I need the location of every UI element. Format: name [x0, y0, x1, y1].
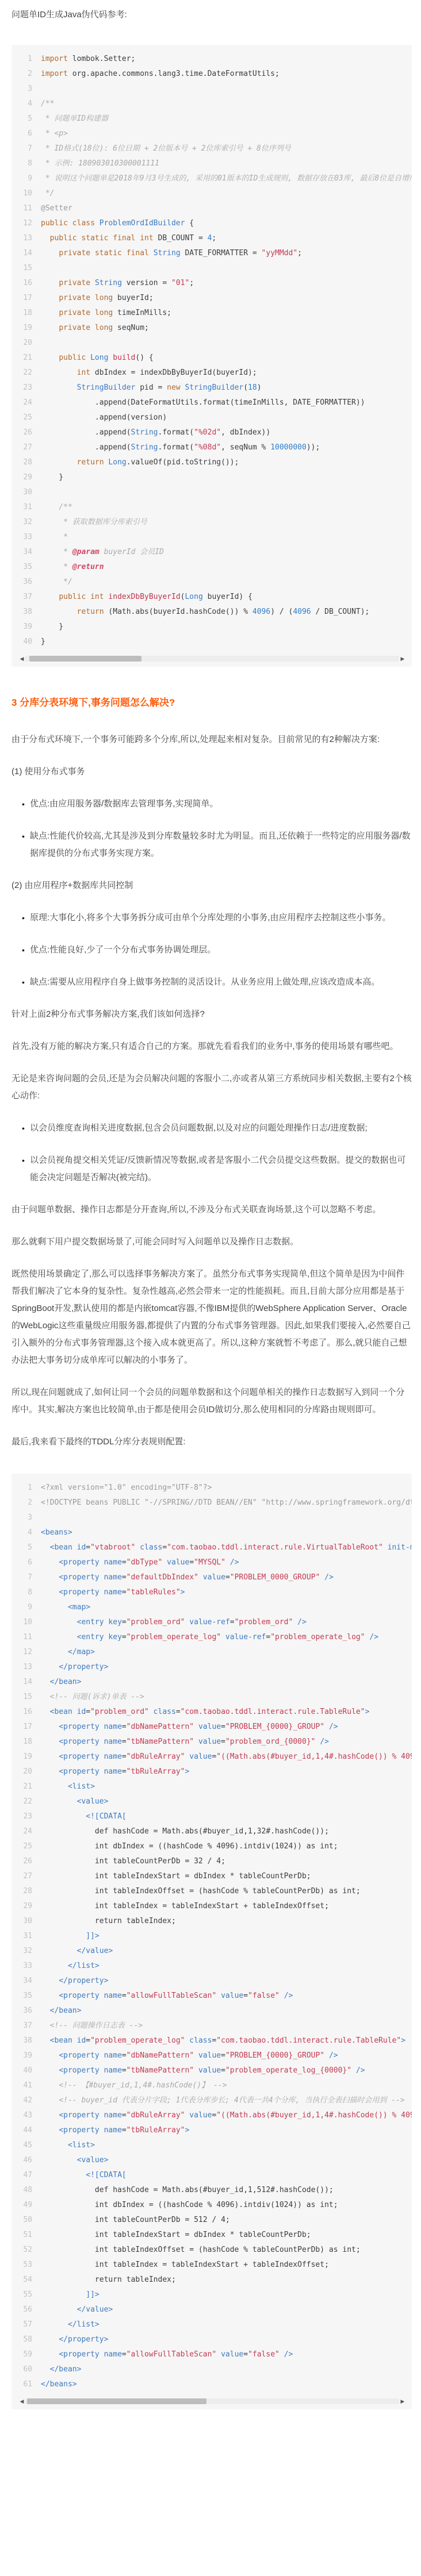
- line-content: <property name="allowFullTableScan" valu…: [41, 2350, 293, 2359]
- line-number: 54: [12, 2273, 41, 2287]
- code-line: 43 <property name="dbRuleArray" value="(…: [12, 2108, 412, 2123]
- line-number: 37: [12, 2018, 41, 2033]
- line-content: <property name="tbNamePattern" value="pr…: [41, 1737, 329, 1746]
- code-line: 7 <property name="defaultDbIndex" value=…: [12, 1570, 412, 1585]
- line-content: </value>: [41, 1947, 113, 1955]
- line-content: <!-- 问题(诉求)单表 -->: [41, 1693, 144, 1701]
- line-number: 56: [12, 2302, 41, 2317]
- line-content: StringBuilder pid = new StringBuilder(18…: [41, 383, 262, 392]
- line-content: <![CDATA[: [41, 2171, 127, 2179]
- code-line: 34 * @param buyerId 会员ID: [12, 545, 412, 560]
- bullet-item: •以会员视角提交相关凭证/反馈新情况等数据,或者是客服小二代会员提交这些数据。提…: [12, 1152, 412, 1186]
- bullet-item: •缺点:性能代价较高,尤其是涉及到分库数量较多时尤为明显。而且,还依赖于一些特定…: [12, 828, 412, 862]
- code-line: 26 .append(String.format("%02d", dbIndex…: [12, 425, 412, 440]
- line-content: </bean>: [41, 2365, 81, 2374]
- code-line: 16 <bean id="problem_ord" class="com.tao…: [12, 1705, 412, 1720]
- xml-code-block: 1<?xml version="1.0" encoding="UTF-8"?>2…: [12, 1474, 412, 2409]
- line-content: *: [41, 533, 68, 541]
- bullet-dot-icon: •: [22, 941, 30, 959]
- bullet-dot-icon: •: [22, 909, 30, 926]
- bullet-item: •缺点:需要从应用程序自身上做事务控制的灵活设计。从业务应用上做处理,应该改造成…: [12, 974, 412, 991]
- code-line: 14 private static final String DATE_FORM…: [12, 246, 412, 261]
- code-line: 57 </list>: [12, 2317, 412, 2332]
- code-line: 39 }: [12, 620, 412, 635]
- bullet-dot-icon: •: [22, 1152, 30, 1186]
- paragraph: 最后,我来看下最终的TDDL分库分表规则配置:: [12, 1433, 412, 1451]
- line-number: 30: [12, 1914, 41, 1929]
- line-number: 48: [12, 2183, 41, 2198]
- line-content: * 获取数据库分库索引号: [41, 518, 147, 526]
- line-number: 8: [12, 1585, 41, 1600]
- line-number: 14: [12, 246, 41, 261]
- code-line: 19 private long seqNum;: [12, 321, 412, 336]
- java-h-scrollbar[interactable]: ◀ ▶: [18, 655, 406, 662]
- code-line: 42 <!-- buyer_id 代表分片字段; 1代表分库步长; 4代表一共4…: [12, 2093, 412, 2108]
- bullet-text: 优点:由应用服务器/数据库去管理事务,实现简单。: [30, 795, 219, 813]
- bullet-text: 优点:性能良好,少了一个分布式事务协调处理层。: [30, 941, 216, 959]
- code-line: 9 <map>: [12, 1600, 412, 1615]
- intro-text: 问题单ID生成Java伪代码参考:: [12, 8, 412, 22]
- line-number: 34: [12, 545, 41, 560]
- line-content: </beans>: [41, 2380, 77, 2389]
- bullet-text: 缺点:需要从应用程序自身上做事务控制的灵活设计。从业务应用上做处理,应该改造成本…: [30, 974, 380, 991]
- line-content: <!-- buyer_id 代表分片字段; 1代表分库步长; 4代表一共4个分库…: [41, 2096, 405, 2105]
- line-content: * 问题单ID构建器: [41, 114, 108, 123]
- code-line: 33 </list>: [12, 1959, 412, 1974]
- line-content: return tableIndex;: [41, 2275, 176, 2284]
- bullet-dot-icon: •: [22, 795, 30, 813]
- line-number: 35: [12, 1989, 41, 2004]
- line-content: public class ProblemOrdIdBuilder {: [41, 219, 194, 228]
- line-content: <value>: [41, 1797, 108, 1806]
- code-line: 29 }: [12, 470, 412, 485]
- bullet-text: 原理:大事化小,将多个大事务拆分成可由单个分库处理的小事务,由应用程序去控制这些…: [30, 909, 391, 926]
- scroll-left-arrow-icon[interactable]: ◀: [18, 655, 25, 662]
- code-line: 13 public static final int DB_COUNT = 4;: [12, 231, 412, 246]
- line-number: 22: [12, 366, 41, 380]
- code-line: 3: [12, 1510, 412, 1525]
- code-line: 11 <entry key="problem_operate_log" valu…: [12, 1630, 412, 1645]
- code-line: 4<beans>: [12, 1525, 412, 1540]
- line-number: 13: [12, 1660, 41, 1675]
- line-content: ]]>: [41, 1932, 99, 1940]
- bullet-item: •优点:由应用服务器/数据库去管理事务,实现简单。: [12, 795, 412, 813]
- paragraph: 既然使用场景确定了,那么可以选择事务解决方案了。虽然分布式事务实现简单,但这个简…: [12, 1266, 412, 1369]
- code-line: 19 <property name="dbRuleArray" value="(…: [12, 1750, 412, 1764]
- paragraph: 首先,没有万能的解决方案,只有适合自己的方案。那就先看看我们的业务中,事务的使用…: [12, 1038, 412, 1055]
- code-line: 51 int tableIndexStart = dbIndex * table…: [12, 2228, 412, 2243]
- line-number: 13: [12, 231, 41, 246]
- line-content: <!-- 【#buyer_id,1,4#.hashCode()】 -->: [41, 2081, 227, 2090]
- line-number: 1: [12, 52, 41, 67]
- line-number: 29: [12, 470, 41, 485]
- code-line: 18 private long timeInMills;: [12, 306, 412, 321]
- line-content: private long timeInMills;: [41, 309, 171, 317]
- line-content: */: [41, 189, 54, 198]
- code-line: 4/**: [12, 97, 412, 112]
- code-line: 40}: [12, 635, 412, 649]
- line-content: public Long build() {: [41, 353, 154, 362]
- line-content: <property name="tbRuleArray">: [41, 2126, 189, 2135]
- code-line: 46 <value>: [12, 2153, 412, 2168]
- line-content: </property>: [41, 1663, 108, 1671]
- line-content: int tableIndex = tableIndexStart + table…: [41, 2260, 329, 2269]
- paragraph: (1) 使用分布式事务: [12, 763, 412, 781]
- paragraph: 所以,现在问题就成了,如何让同一个会员的问题单数据和这个问题单相关的操作日志数据…: [12, 1384, 412, 1418]
- line-content: ]]>: [41, 2290, 99, 2299]
- line-number: 35: [12, 560, 41, 575]
- line-number: 61: [12, 2377, 41, 2392]
- code-line: 28 return Long.valueOf(pid.toString());: [12, 455, 412, 470]
- code-line: 36 */: [12, 575, 412, 590]
- line-content: <property name="dbNamePattern" value="PR…: [41, 1723, 338, 1731]
- scrollbar-thumb[interactable]: [27, 2398, 206, 2404]
- bullet-dot-icon: •: [22, 974, 30, 991]
- code-line: 10 <entry key="problem_ord" value-ref="p…: [12, 1615, 412, 1630]
- line-number: 20: [12, 336, 41, 351]
- line-number: 46: [12, 2153, 41, 2168]
- code-line: 5 * 问题单ID构建器: [12, 112, 412, 126]
- line-content: private long seqNum;: [41, 324, 149, 332]
- line-number: 49: [12, 2198, 41, 2213]
- code-line: 36 </bean>: [12, 2004, 412, 2018]
- line-content: public int indexDbByBuyerId(Long buyerId…: [41, 593, 252, 601]
- line-number: 47: [12, 2168, 41, 2183]
- line-number: 44: [12, 2123, 41, 2138]
- line-content: <entry key="problem_operate_log" value-r…: [41, 1633, 378, 1641]
- line-content: <map>: [41, 1603, 90, 1612]
- line-content: return (Math.abs(buyerId.hashCode()) % 4…: [41, 608, 369, 616]
- line-number: 23: [12, 380, 41, 395]
- line-number: 21: [12, 351, 41, 366]
- line-number: 33: [12, 530, 41, 545]
- line-number: 37: [12, 590, 41, 605]
- line-number: 25: [12, 1839, 41, 1854]
- code-line: 14 </bean>: [12, 1675, 412, 1690]
- line-content: <property name="tbRuleArray">: [41, 1767, 189, 1776]
- line-number: 33: [12, 1959, 41, 1974]
- bullet-text: 以会员视角提交相关凭证/反馈新情况等数据,或者是客服小二代会员提交这些数据。提交…: [30, 1152, 412, 1186]
- line-number: 19: [12, 1750, 41, 1764]
- bullet-item: •原理:大事化小,将多个大事务拆分成可由单个分库处理的小事务,由应用程序去控制这…: [12, 909, 412, 926]
- code-line: 28 int tableIndexOffset = (hashCode % ta…: [12, 1884, 412, 1899]
- scroll-right-arrow-icon[interactable]: ▶: [399, 655, 406, 662]
- code-line: 16 private String version = "01";: [12, 276, 412, 291]
- paragraph: (2) 由应用程序+数据库共同控制: [12, 877, 412, 894]
- code-line: 1<?xml version="1.0" encoding="UTF-8"?>: [12, 1481, 412, 1495]
- line-content: int dbIndex = indexDbByBuyerId(buyerId);: [41, 368, 257, 377]
- line-number: 42: [12, 2093, 41, 2108]
- line-number: 14: [12, 1675, 41, 1690]
- xml-h-scrollbar[interactable]: ◀ ▶: [18, 2398, 406, 2405]
- line-number: 17: [12, 291, 41, 306]
- code-line: 12public class ProblemOrdIdBuilder {: [12, 216, 412, 231]
- code-line: 60 </bean>: [12, 2362, 412, 2377]
- line-content: }: [41, 473, 63, 482]
- code-line: 48 def hashCode = Math.abs(#buyer_id,1,5…: [12, 2183, 412, 2198]
- line-number: 12: [12, 216, 41, 231]
- code-line: 3: [12, 82, 412, 97]
- line-content: * <p>: [41, 129, 68, 138]
- bullet-item: •优点:性能良好,少了一个分布式事务协调处理层。: [12, 941, 412, 959]
- bullet-text: 缺点:性能代价较高,尤其是涉及到分库数量较多时尤为明显。而且,还依赖于一些特定的…: [30, 828, 412, 862]
- line-number: 59: [12, 2347, 41, 2362]
- code-line: 37 public int indexDbByBuyerId(Long buye…: [12, 590, 412, 605]
- line-content: .append(String.format("%02d", dbIndex)): [41, 428, 270, 437]
- line-content: /**: [41, 503, 72, 512]
- code-line: 17 private long buyerId;: [12, 291, 412, 306]
- line-number: 40: [12, 635, 41, 649]
- line-number: 36: [12, 2004, 41, 2018]
- code-line: 53 int tableIndex = tableIndexStart + ta…: [12, 2258, 412, 2273]
- line-number: 39: [12, 2048, 41, 2063]
- line-content: * @return: [41, 563, 104, 571]
- line-content: int tableCountPerDb = 32 / 4;: [41, 1857, 225, 1866]
- code-line: 13 </property>: [12, 1660, 412, 1675]
- line-number: 53: [12, 2258, 41, 2273]
- line-number: 9: [12, 171, 41, 186]
- line-content: </bean>: [41, 2006, 81, 2015]
- line-number: 45: [12, 2138, 41, 2153]
- line-number: 31: [12, 500, 41, 515]
- code-line: 5 <bean id="vtabroot" class="com.taobao.…: [12, 1540, 412, 1555]
- line-number: 9: [12, 1600, 41, 1615]
- line-content: <property name="defaultDbIndex" value="P…: [41, 1573, 334, 1582]
- line-content: <bean id="vtabroot" class="com.taobao.td…: [41, 1543, 412, 1552]
- code-line: 15: [12, 261, 412, 276]
- code-line: 8 <property name="tableRules">: [12, 1585, 412, 1600]
- code-line: 27 int tableIndexStart = dbIndex * table…: [12, 1869, 412, 1884]
- line-content: def hashCode = Math.abs(#buyer_id,1,512#…: [41, 2186, 334, 2194]
- line-number: 26: [12, 1854, 41, 1869]
- paragraph: 由于问题单数据、操作日志都是分开查询,所以,不涉及分布式关联查询场景,这个可以忽…: [12, 1201, 412, 1218]
- line-content: import lombok.Setter;: [41, 55, 135, 63]
- line-content: int dbIndex = ((hashCode % 4096).intdiv(…: [41, 2201, 338, 2209]
- code-line: 22 int dbIndex = indexDbByBuyerId(buyerI…: [12, 366, 412, 380]
- line-number: 6: [12, 1555, 41, 1570]
- line-number: 11: [12, 201, 41, 216]
- line-number: 22: [12, 1794, 41, 1809]
- code-line: 55 ]]>: [12, 2287, 412, 2302]
- line-number: 43: [12, 2108, 41, 2123]
- line-number: 40: [12, 2063, 41, 2078]
- line-content: def hashCode = Math.abs(#buyer_id,1,32#.…: [41, 1827, 329, 1836]
- paragraph: 无论是来咨询问题的会员,还是为会员解决问题的客服小二,亦或者从第三方系统同步相关…: [12, 1070, 412, 1105]
- code-line: 41 <!-- 【#buyer_id,1,4#.hashCode()】 -->: [12, 2078, 412, 2093]
- line-number: 2: [12, 67, 41, 82]
- code-line: 32 </value>: [12, 1944, 412, 1959]
- code-line: 30: [12, 485, 412, 500]
- line-number: 57: [12, 2317, 41, 2332]
- line-content: int tableIndexStart = dbIndex * tableCou…: [41, 1872, 311, 1881]
- code-line: 45 <list>: [12, 2138, 412, 2153]
- line-number: 18: [12, 1735, 41, 1750]
- code-line: 25 .append(version): [12, 410, 412, 425]
- line-content: <list>: [41, 2141, 95, 2150]
- code-line: 26 int tableCountPerDb = 32 / 4;: [12, 1854, 412, 1869]
- line-content: <property name="allowFullTableScan" valu…: [41, 1991, 293, 2000]
- code-line: 23 <![CDATA[: [12, 1809, 412, 1824]
- line-number: 28: [12, 455, 41, 470]
- scroll-right-arrow-icon[interactable]: ▶: [399, 2398, 406, 2405]
- line-content: <bean id="problem_operate_log" class="co…: [41, 2036, 405, 2045]
- line-number: 27: [12, 1869, 41, 1884]
- code-line: 6 * <p>: [12, 126, 412, 141]
- line-number: 32: [12, 1944, 41, 1959]
- code-line: 30 return tableIndex;: [12, 1914, 412, 1929]
- code-line: 50 int tableCountPerDb = 512 / 4;: [12, 2213, 412, 2228]
- line-number: 10: [12, 186, 41, 201]
- bullet-dot-icon: •: [22, 828, 30, 862]
- line-content: * @param buyerId 会员ID: [41, 548, 164, 556]
- line-number: 1: [12, 1481, 41, 1495]
- line-number: 7: [12, 1570, 41, 1585]
- code-line: 11@Setter: [12, 201, 412, 216]
- line-content: .append(String.format("%08d", seqNum % 1…: [41, 443, 320, 452]
- line-number: 39: [12, 620, 41, 635]
- line-number: 4: [12, 97, 41, 112]
- code-line: 29 int tableIndex = tableIndexStart + ta…: [12, 1899, 412, 1914]
- line-number: 7: [12, 141, 41, 156]
- line-content: <!-- 问题操作日志表 -->: [41, 2021, 143, 2030]
- line-number: 19: [12, 321, 41, 336]
- line-content: </list>: [41, 1962, 99, 1970]
- line-content: <beans>: [41, 1528, 72, 1537]
- code-line: 37 <!-- 问题操作日志表 -->: [12, 2018, 412, 2033]
- line-number: 38: [12, 605, 41, 620]
- code-line: 20: [12, 336, 412, 351]
- article-page: 问题单ID生成Java伪代码参考: 1import lombok.Setter;…: [0, 0, 421, 2422]
- line-content: <property name="tbNamePattern" value="pr…: [41, 2066, 365, 2075]
- line-number: 38: [12, 2033, 41, 2048]
- scrollbar-track[interactable]: [25, 656, 399, 662]
- line-content: <entry key="problem_ord" value-ref="prob…: [41, 1618, 307, 1627]
- code-line: 24 .append(DateFormatUtils.format(timeIn…: [12, 395, 412, 410]
- code-line: 38 return (Math.abs(buyerId.hashCode()) …: [12, 605, 412, 620]
- line-number: 6: [12, 126, 41, 141]
- line-number: 30: [12, 485, 41, 500]
- line-number: 25: [12, 410, 41, 425]
- code-line: 23 StringBuilder pid = new StringBuilder…: [12, 380, 412, 395]
- code-line: 6 <property name="dbType" value="MYSQL" …: [12, 1555, 412, 1570]
- line-number: 15: [12, 261, 41, 276]
- line-content: int tableIndexOffset = (hashCode % table…: [41, 2246, 361, 2254]
- line-number: 3: [12, 1510, 41, 1525]
- line-content: @Setter: [41, 204, 72, 213]
- code-line: 7 * ID格式(18位): 6位日期 + 2位版本号 + 2位库索引号 + 8…: [12, 141, 412, 156]
- section-heading: 3 分库分表环境下,事务问题怎么解决?: [12, 695, 412, 710]
- line-number: 36: [12, 575, 41, 590]
- scroll-left-arrow-icon[interactable]: ◀: [18, 2398, 25, 2405]
- line-number: 28: [12, 1884, 41, 1899]
- line-number: 11: [12, 1630, 41, 1645]
- line-number: 32: [12, 515, 41, 530]
- line-number: 34: [12, 1974, 41, 1989]
- line-number: 41: [12, 2078, 41, 2093]
- line-content: return tableIndex;: [41, 1917, 176, 1925]
- code-line: 54 return tableIndex;: [12, 2273, 412, 2287]
- line-number: 27: [12, 440, 41, 455]
- line-number: 12: [12, 1645, 41, 1660]
- line-number: 29: [12, 1899, 41, 1914]
- line-content: <![CDATA[: [41, 1812, 127, 1821]
- line-number: 50: [12, 2213, 41, 2228]
- line-number: 23: [12, 1809, 41, 1824]
- line-number: 31: [12, 1929, 41, 1944]
- line-content: private String version = "01";: [41, 279, 194, 287]
- code-line: 35 <property name="allowFullTableScan" v…: [12, 1989, 412, 2004]
- code-line: 12 </map>: [12, 1645, 412, 1660]
- line-content: int tableIndex = tableIndexStart + table…: [41, 1902, 329, 1910]
- line-number: 10: [12, 1615, 41, 1630]
- code-line: 35 * @return: [12, 560, 412, 575]
- line-content: int tableIndexStart = dbIndex * tableCou…: [41, 2231, 311, 2239]
- line-number: 16: [12, 276, 41, 291]
- line-content: * 说明这个问题单是2018年9月3号生成的, 采用的01版本的ID生成规则, …: [41, 174, 412, 183]
- line-number: 5: [12, 1540, 41, 1555]
- code-line: 34 </property>: [12, 1974, 412, 1989]
- code-line: 32 * 获取数据库分库索引号: [12, 515, 412, 530]
- code-line: 52 int tableIndexOffset = (hashCode % ta…: [12, 2243, 412, 2258]
- line-number: 60: [12, 2362, 41, 2377]
- line-content: private long buyerId;: [41, 294, 154, 302]
- code-line: 47 <![CDATA[: [12, 2168, 412, 2183]
- line-content: <value>: [41, 2156, 108, 2164]
- scrollbar-track[interactable]: [25, 2398, 399, 2404]
- article-body: 由于分布式环境下,一个事务可能跨多个分库,所以,处理起来相对复杂。目前常见的有2…: [12, 731, 412, 1451]
- code-line: 58 </property>: [12, 2332, 412, 2347]
- line-content: <property name="tableRules">: [41, 1588, 185, 1597]
- line-number: 21: [12, 1779, 41, 1794]
- code-line: 15 <!-- 问题(诉求)单表 -->: [12, 1690, 412, 1705]
- code-line: 17 <property name="dbNamePattern" value=…: [12, 1720, 412, 1735]
- line-content: int dbIndex = ((hashCode % 4096).intdiv(…: [41, 1842, 338, 1851]
- paragraph: 那么就剩下用户提交数据场景了,可能会同时写入问题单以及操作日志数据。: [12, 1233, 412, 1251]
- line-content: <list>: [41, 1782, 95, 1791]
- code-line: 24 def hashCode = Math.abs(#buyer_id,1,3…: [12, 1824, 412, 1839]
- line-content: <property name="dbType" value="MYSQL" />: [41, 1558, 239, 1567]
- xml-code-lines: 1<?xml version="1.0" encoding="UTF-8"?>2…: [12, 1481, 412, 2392]
- paragraph: 由于分布式环境下,一个事务可能跨多个分库,所以,处理起来相对复杂。目前常见的有2…: [12, 731, 412, 748]
- line-content: return Long.valueOf(pid.toString());: [41, 458, 239, 467]
- code-line: 31 /**: [12, 500, 412, 515]
- line-content: </bean>: [41, 1678, 81, 1686]
- scrollbar-thumb[interactable]: [29, 656, 141, 662]
- code-line: 31 ]]>: [12, 1929, 412, 1944]
- java-code-lines: 1import lombok.Setter;2import org.apache…: [12, 52, 412, 649]
- line-content: <?xml version="1.0" encoding="UTF-8"?>: [41, 1483, 212, 1492]
- code-line: 49 int dbIndex = ((hashCode % 4096).intd…: [12, 2198, 412, 2213]
- line-content: * ID格式(18位): 6位日期 + 2位版本号 + 2位库索引号 + 8位序…: [41, 144, 291, 153]
- line-number: 52: [12, 2243, 41, 2258]
- line-content: </value>: [41, 2305, 113, 2314]
- code-line: 20 <property name="tbRuleArray">: [12, 1764, 412, 1779]
- line-content: .append(DateFormatUtils.format(timeInMil…: [41, 398, 365, 407]
- line-number: 4: [12, 1525, 41, 1540]
- line-number: 58: [12, 2332, 41, 2347]
- line-content: int tableIndexOffset = (hashCode % table…: [41, 1887, 361, 1896]
- line-number: 18: [12, 306, 41, 321]
- bullet-item: •以会员维度查询相关进度数据,包含会员问题数据,以及对应的问题处理操作日志/进度…: [12, 1120, 412, 1137]
- paragraph: 针对上面2种分布式事务解决方案,我们该如何选择?: [12, 1006, 412, 1023]
- line-content: <!DOCTYPE beans PUBLIC "-//SPRING//DTD B…: [41, 1498, 412, 1507]
- line-number: 2: [12, 1495, 41, 1510]
- code-line: 22 <value>: [12, 1794, 412, 1809]
- line-content: import org.apache.commons.lang3.time.Dat…: [41, 70, 280, 78]
- line-number: 20: [12, 1764, 41, 1779]
- line-content: int tableCountPerDb = 512 / 4;: [41, 2216, 230, 2224]
- line-number: 17: [12, 1720, 41, 1735]
